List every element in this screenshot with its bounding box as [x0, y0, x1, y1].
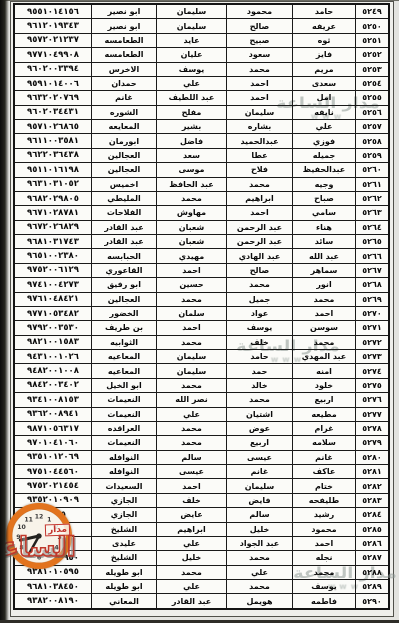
number-cell: ٩٣٦٢٠٠٨٩٤١ [15, 408, 91, 421]
family-cell: القاعوري [91, 264, 156, 277]
family-cell: الجازي [91, 508, 156, 521]
table-row: ٥٢٥٩جميلهعطاسعدالعجالين٩٦٢٢٠٣٦٤٣٨ [15, 148, 388, 162]
first-cell: سعدى [292, 77, 355, 90]
first-cell: مطيعه [292, 408, 355, 421]
first-cell: محمد [292, 566, 355, 579]
number-cell: ٩٧٥١٠٤٤٥٦٠ [15, 465, 91, 478]
family-cell: ابورمان [91, 134, 156, 147]
table-row: ٥٢٦٠عبدالحفيظفلاحموسىالعجالين٩٥١١٠١٦١٩٨ [15, 162, 388, 176]
father-cell: سالم [226, 508, 292, 521]
id-cell: ٥٢٨٩ [355, 580, 388, 593]
father-cell: محمد [226, 580, 292, 593]
number-cell: ٩٧٥٢٠٢١٤٥٤ [15, 479, 91, 492]
table-row: ٥٢٨٨محمدعليمحمدابو طويله٩٣٨١٠١٠٥٩٥ [15, 565, 388, 579]
number-cell: ٩٦٨١٠٣١٧٤٣ [15, 235, 91, 248]
grandfather-cell: عايض [156, 508, 226, 521]
number-cell: ٩٦١١٠٠٣٥٨١ [15, 134, 91, 147]
first-cell: محمد [292, 293, 355, 306]
family-cell: ابو طويله [91, 566, 156, 579]
grandfather-cell: محمد [156, 336, 226, 349]
first-cell: فوزي [292, 134, 355, 147]
father-cell: سليمان [226, 106, 292, 119]
father-cell: عبد الهادي [226, 249, 292, 262]
id-cell: ٥٢٥٣ [355, 63, 388, 76]
first-cell: رشيد [292, 508, 355, 521]
family-cell: المعاعيه [91, 350, 156, 363]
table-row: ٥٢٨٩يوسفمحمدعليابو طويله٩٦٨١٠٣٨٤٥٠ [15, 579, 388, 593]
father-cell: محمد [226, 178, 292, 191]
table-row: ٥٢٧٣عبد المهديحامدسليمانالمعاعيه٩٤٣١٠٠١٠… [15, 349, 388, 363]
grandfather-cell: موسى [156, 163, 226, 176]
table-row: ٥٢٨٤رشيدسالمعايضالجازي٥٠٣٠٥ [15, 507, 388, 521]
family-cell: العجالين [91, 163, 156, 176]
family-cell: الشليخ [91, 523, 156, 536]
number-cell: ٩٦٣١٠٣١٠٥٢ [15, 178, 91, 191]
father-cell: هويمل [226, 594, 292, 607]
father-cell: احمد [226, 206, 292, 219]
table-row: ٥٢٨٥محمودخليلابراهيمالشليخ٤ [15, 522, 388, 536]
father-cell: عوض [226, 422, 292, 435]
father-cell: خلف [226, 336, 292, 349]
number-cell: ٩٨٢١٠٠١٥٨٣ [15, 336, 91, 349]
first-cell: غرام [292, 422, 355, 435]
id-cell: ٥٢٧٢ [355, 336, 388, 349]
family-cell: الجازي [91, 494, 156, 507]
table-row: ٥٢٥٧عليبشارهبشيرالمعايعه٩٥٧١٠٢٦٨٦٥ [15, 119, 388, 133]
grandfather-cell: بشير [156, 120, 226, 133]
id-cell: ٥٢٥٠ [355, 19, 388, 32]
id-cell: ٥٢٩٠ [355, 594, 388, 607]
first-cell: ثوه [292, 34, 355, 47]
grandfather-cell: ابراهيم [156, 523, 226, 536]
grandfather-cell: سلمان [156, 307, 226, 320]
id-cell: ٥٢٦٩ [355, 293, 388, 306]
id-cell: ٥٢٥٢ [355, 48, 388, 61]
id-cell: ٥٢٧٤ [355, 364, 388, 377]
family-cell: المليطي [91, 192, 156, 205]
grandfather-cell: مفلح [156, 106, 226, 119]
grandfather-cell: علي [156, 537, 226, 550]
number-cell: ٩٣٨١٠١٠٥٩٥ [15, 566, 91, 579]
family-cell: النعيمات [91, 393, 156, 406]
family-cell: ابو نصير [91, 19, 156, 32]
first-cell: ختام [292, 479, 355, 492]
table-row: ٥٢٧٦اربيعمحمدنصر اللهالنعيمات٩٣٤١٠٠٨١٥٣ [15, 392, 388, 406]
grandfather-cell: علي [156, 580, 226, 593]
number-cell: ٩٣٤١٠٠٨١٥٣ [15, 393, 91, 406]
first-cell: علي [292, 120, 355, 133]
grandfather-cell: محمد [156, 422, 226, 435]
father-cell: عبد الرحمن [226, 221, 292, 234]
id-cell: ٥٢٨١ [355, 465, 388, 478]
grandfather-cell: احمد [156, 479, 226, 492]
table-row: ٥٢٥٠عريفهصالحسليمانابو نصير٩٦١٢٠١٩٣٤٣ [15, 18, 388, 32]
number-cell: ٩٦٣٢٠٣٠٩٥٠ [15, 551, 91, 564]
first-cell: مريم [292, 63, 355, 76]
number-cell: ٩٥٥١٠١٤١٥٦ [15, 5, 91, 18]
number-cell: ٩٦٨١٠٣٨٤٥٠ [15, 580, 91, 593]
grandfather-cell: سليمان [156, 19, 226, 32]
table-row: ٥٢٥٣مريممحمديوسفالاخرس٩٦٠٢٠٠٣٣٩٤ [15, 62, 388, 76]
grandfather-cell: شعبان [156, 235, 226, 248]
family-cell: النعيمات [91, 436, 156, 449]
first-cell: طليفحه [292, 494, 355, 507]
father-cell: علي [226, 566, 292, 579]
table-row: ٥٢٨٦احمدعبد الجوادعليعليدى٢ ٨ [15, 536, 388, 550]
first-cell: انور [292, 278, 355, 291]
id-cell: ٥٢٦٥ [355, 235, 388, 248]
table-row: ٥٢٦١وجيهمحمدعبد الحافظاخميس٩٦٣١٠٣١٠٥٢ [15, 177, 388, 191]
family-cell: السعيدات [91, 479, 156, 492]
grandfather-cell: عليان [156, 48, 226, 61]
number-cell: ٩٤٣١٠٠١٠٢٦ [15, 350, 91, 363]
father-cell: محمد [226, 63, 292, 76]
table-row: ٥٢٧٥خلودخالدمحمدابو الخيل٩٨٤٢٠٠٣٤٠٢ [15, 378, 388, 392]
father-cell: سليمان [226, 479, 292, 492]
family-cell: غانم [91, 91, 156, 104]
number-cell: ٩٧٩٢٠٠٣٥٣٠ [15, 321, 91, 334]
father-cell: محمد [226, 278, 292, 291]
family-cell: المعاني [91, 594, 156, 607]
first-cell: عبد المهدي [292, 350, 355, 363]
grandfather-cell: مهاوش [156, 206, 226, 219]
family-cell: ابو الخيل [91, 379, 156, 392]
table-row: ٥٢٥٤سعدىاحمدعليحمدان٩٥٩١٠١٤٠٠٦ [15, 76, 388, 90]
father-cell: عبد الرحمن [226, 235, 292, 248]
number-cell: ٢ ٨ [15, 537, 91, 550]
table-row: ٥٢٧٠احمدعوادسلمانالخضور٩٧٧١٠٥٣٤٨٢ [15, 306, 388, 320]
id-cell: ٥٢٨٦ [355, 537, 388, 550]
father-cell: عواد [226, 307, 292, 320]
father-cell: فلاح [226, 163, 292, 176]
family-cell: اخميس [91, 178, 156, 191]
number-cell: ٩٦٠٢٠٠٣٣٩٤ [15, 63, 91, 76]
id-cell: ٥٢٦٦ [355, 249, 388, 262]
id-cell: ٥٢٧١ [355, 321, 388, 334]
first-cell: غانم [292, 451, 355, 464]
id-cell: ٥٢٦٨ [355, 278, 388, 291]
father-cell: يوسف [226, 321, 292, 334]
family-cell: العجالين [91, 149, 156, 162]
first-cell: سوسن [292, 321, 355, 334]
id-cell: ٥٢٥٧ [355, 120, 388, 133]
number-cell: ٩٣٥٢٠١٠٩٠٩ [15, 494, 91, 507]
number-cell: ٩٦٨٢٠٢٩٨٠٥ [15, 192, 91, 205]
first-cell: سامي [292, 206, 355, 219]
id-cell: ٥٢٦٧ [355, 264, 388, 277]
id-cell: ٥٢٦٣ [355, 206, 388, 219]
table-row: ٥٢٧٩سلامهاربيعمحمدالنعيمات٩٧٠١٠٤١٠٦٠ [15, 435, 388, 449]
father-cell: اشتيان [226, 408, 292, 421]
grandfather-cell: خليل [156, 551, 226, 564]
id-cell: ٥٢٤٩ [355, 5, 388, 18]
family-cell: النوافله [91, 451, 156, 464]
number-cell: ٩٥٩١٠١٤٠٠٦ [15, 77, 91, 90]
first-cell: صباح [292, 192, 355, 205]
first-cell: سماهر [292, 264, 355, 277]
grandfather-cell: سليمان [156, 364, 226, 377]
table-row: ٥٢٨٧نجلهمحمدخليلالشليخ٩٦٣٢٠٣٠٩٥٠ [15, 550, 388, 564]
table-row: ٥٢٦٧سماهرصالحاحمدالقاعوري٩٧٥٢٠٠٦١٢٩ [15, 263, 388, 277]
grandfather-cell: محمد [156, 379, 226, 392]
family-cell: الاخرس [91, 63, 156, 76]
id-cell: ٥٢٨٢ [355, 479, 388, 492]
grandfather-cell: علي [156, 408, 226, 421]
id-cell: ٥٢٨٣ [355, 494, 388, 507]
grandfather-cell: محمد [156, 293, 226, 306]
father-cell: محمد [226, 551, 292, 564]
father-cell: سعود [226, 48, 292, 61]
table-row: ٥٢٧٨غرامعوضمحمدالعراقده٩٨٧١٠٥٦٣١٧ [15, 421, 388, 435]
scan-edge-left [0, 0, 9, 623]
family-cell: حمدان [91, 77, 156, 90]
father-cell: احمد [226, 91, 292, 104]
family-cell: المعايعه [91, 120, 156, 133]
number-cell: ٩٧٧١٠٤٩٩٠٨ [15, 48, 91, 61]
family-cell: عليدى [91, 537, 156, 550]
grandfather-cell: سالم [156, 451, 226, 464]
id-cell: ٥٢٧٣ [355, 350, 388, 363]
number-cell: ٩٦٢٢٠٣٦٤٣٨ [15, 149, 91, 162]
grandfather-cell: عبد اللطيف [156, 91, 226, 104]
id-cell: ٥٢٨٤ [355, 508, 388, 521]
id-cell: ٥٢٥١ [355, 34, 388, 47]
father-cell: صبيح [226, 34, 292, 47]
table-row: ٥٢٤٩حامدمحمودسليمانابو نصير٩٥٥١٠١٤١٥٦ [15, 5, 388, 18]
first-cell: نايفه [292, 106, 355, 119]
father-cell: عطا [226, 149, 292, 162]
table-row: ٥٢٦٥سائدعبد الرحمنشعبانعبد القادر٩٦٨١٠٣١… [15, 234, 388, 248]
number-cell: ٩٥١١٠١٦١٩٨ [15, 163, 91, 176]
father-cell: عيسى [226, 451, 292, 464]
grandfather-cell: يوسف [156, 63, 226, 76]
id-cell: ٥٢٧٨ [355, 422, 388, 435]
first-cell: نجله [292, 551, 355, 564]
family-cell: ابو نصير [91, 5, 156, 18]
family-cell: عبد القادر [91, 221, 156, 234]
father-cell: خالد [226, 379, 292, 392]
father-cell: عبد الجواد [226, 537, 292, 550]
family-cell: النعيمات [91, 408, 156, 421]
grandfather-cell: محمد [156, 192, 226, 205]
number-cell: ٩٤٨٢٠٠١٠٠٨ [15, 364, 91, 377]
family-cell: الحبابسه [91, 249, 156, 262]
father-cell: صالح [226, 264, 292, 277]
table-row: ٥٢٧١سوسنيوسفاحمدبن طريف٩٧٩٢٠٠٣٥٣٠ [15, 320, 388, 334]
table-row: ٥٢٦٨انورمحمدحسينابو رفيق٩٧٤١٠٠٤٢٧٣ [15, 277, 388, 291]
number-cell: ٩٥٧١٠٢٦٨٦٥ [15, 120, 91, 133]
family-cell: العراقده [91, 422, 156, 435]
first-cell: حامد [292, 5, 355, 18]
father-cell: اربيع [226, 436, 292, 449]
id-cell: ٥٢٧٠ [355, 307, 388, 320]
number-cell: ٩٦٥١٠٠٢٣٨٠ [15, 249, 91, 262]
father-cell: جميل [226, 293, 292, 306]
father-cell: غانم [226, 465, 292, 478]
table-row: ٥٢٨٣طليفحهفايضخلفالجازي٩٣٥٢٠١٠٩٠٩ [15, 493, 388, 507]
father-cell: فايض [226, 494, 292, 507]
names-table: مدار الساعة www مدار الساعة www مدار الس… [13, 3, 390, 610]
table-row: ٥٢٥٨فوزيعبدالحميدفاضلابورمان٩٦١١٠٠٣٥٨١ [15, 133, 388, 147]
table-row: ٥٢٦٢صباحابراهيممحمدالمليطي٩٦٨٢٠٢٩٨٠٥ [15, 191, 388, 205]
first-cell: عبدالحفيظ [292, 163, 355, 176]
table-row: ٥٢٦٩محمدجميلمحمدالعجالين٩٧٦١٠٤٨٤٢١ [15, 292, 388, 306]
grandfather-cell: سليمان [156, 5, 226, 18]
scan-edge-top [0, 0, 399, 1]
family-cell: النوافله [91, 465, 156, 478]
first-cell: احمد [292, 307, 355, 320]
grandfather-cell: احمد [156, 264, 226, 277]
number-cell: ٩٦٣٢٠٢٠٧٦٩ [15, 91, 91, 104]
family-cell: ابو طويله [91, 580, 156, 593]
family-cell: المعاعيه [91, 364, 156, 377]
family-cell: ابو رفيق [91, 278, 156, 291]
father-cell: حامد [226, 350, 292, 363]
id-cell: ٥٢٦٢ [355, 192, 388, 205]
family-cell: الطعامسه [91, 48, 156, 61]
grandfather-cell: عبد الحافظ [156, 178, 226, 191]
table-row: ٥٢٦٣سامياحمدمهاوشالفلاحات٩٦٧١٠٢٨٧٨١ [15, 205, 388, 219]
table-row: ٥٢٨٠غانمعيسىسالمالنوافله٩٣٥١٠١٢٠٦٩ [15, 450, 388, 464]
number-cell: ٩٧٥٢٠٠٦١٢٩ [15, 264, 91, 277]
number-cell: ٩٦٧٢٠٢٦٨٢٩ [15, 221, 91, 234]
grandfather-cell: شعبان [156, 221, 226, 234]
id-cell: ٥٢٥٤ [355, 77, 388, 90]
id-cell: ٥٢٧٧ [355, 408, 388, 421]
first-cell: امنه [292, 364, 355, 377]
father-cell: محمد [226, 393, 292, 406]
father-cell: خليل [226, 523, 292, 536]
family-cell: الشليخ [91, 551, 156, 564]
number-cell: ٤ [15, 523, 91, 536]
number-cell: ٩٧٤١٠٠٤٢٧٣ [15, 278, 91, 291]
number-cell: ٩٧٦١٠٤٨٤٢١ [15, 293, 91, 306]
table-row: ٥٢٨١عاكفغانمعيسىالنوافله٩٧٥١٠٤٤٥٦٠ [15, 464, 388, 478]
number-cell: ٩٨٤٢٠٠٣٤٠٢ [15, 379, 91, 392]
number-cell: ٩٧٠١٠٤١٠٦٠ [15, 436, 91, 449]
number-cell: ٩٦٠٢٠٣٤٤٣١ [15, 106, 91, 119]
family-cell: الشوره [91, 106, 156, 119]
id-cell: ٥٢٧٥ [355, 379, 388, 392]
father-cell: عبدالحميد [226, 134, 292, 147]
table-row: ٥٢٧٧مطيعهاشتيانعليالنعيمات٩٣٦٢٠٠٨٩٤١ [15, 407, 388, 421]
table-row: ٥٢٥١ثوهصبيحعايدالطعامسه٩٥٧٢٠٢١٢٣٧ [15, 33, 388, 47]
first-cell: سلامه [292, 436, 355, 449]
table-row: ٥٢٥٥املاحمدعبد اللطيفغانم٩٦٣٢٠٢٠٧٦٩ [15, 90, 388, 104]
grandfather-cell: فاضل [156, 134, 226, 147]
first-cell: سائد [292, 235, 355, 248]
number-cell: ٩٦١٢٠١٩٣٤٣ [15, 19, 91, 32]
family-cell: بن طريف [91, 321, 156, 334]
table-row: ٥٢٧٤امنهحمدسليمانالمعاعيه٩٤٨٢٠٠١٠٠٨ [15, 363, 388, 377]
family-cell: الخضور [91, 307, 156, 320]
id-cell: ٥٢٥٩ [355, 149, 388, 162]
family-cell: العجالين [91, 293, 156, 306]
table-row: ٥٢٨٢ختامسليماناحمدالسعيدات٩٧٥٢٠٢١٤٥٤ [15, 478, 388, 492]
family-cell: الثوابيه [91, 336, 156, 349]
first-cell: عبد الله [292, 249, 355, 262]
table-row: ٥٢٥٦نايفهسليمانمفلحالشوره٩٦٠٢٠٣٤٤٣١ [15, 105, 388, 119]
grandfather-cell: احمد [156, 321, 226, 334]
family-cell: الطعامسه [91, 34, 156, 47]
table-row: ٥٢٥٢فايزسعودعليانالطعامسه٩٧٧١٠٤٩٩٠٨ [15, 47, 388, 61]
id-cell: ٥٢٨٧ [355, 551, 388, 564]
grandfather-cell: عيسى [156, 465, 226, 478]
first-cell: محمد [292, 336, 355, 349]
number-cell: ٥٠٣٠٥ [15, 508, 91, 521]
grandfather-cell: علي [156, 77, 226, 90]
grandfather-cell: نصر الله [156, 393, 226, 406]
table-row: ٥٢٦٦عبد اللهعبد الهاديمهيديالحبابسه٩٦٥١٠… [15, 248, 388, 262]
father-cell: محمود [226, 5, 292, 18]
first-cell: محمود [292, 523, 355, 536]
grandfather-cell: خلف [156, 494, 226, 507]
grandfather-cell: محمد [156, 436, 226, 449]
number-cell: ٩٧٧١٠٥٣٤٨٢ [15, 307, 91, 320]
first-cell: هناء [292, 221, 355, 234]
first-cell: وجيه [292, 178, 355, 191]
grandfather-cell: عايد [156, 34, 226, 47]
id-cell: ٥٢٨٥ [355, 523, 388, 536]
first-cell: عاكف [292, 465, 355, 478]
table-row: ٥٢٧٢محمدخلفمحمدالثوابيه٩٨٢١٠٠١٥٨٣ [15, 335, 388, 349]
grandfather-cell: محمد [156, 566, 226, 579]
grandfather-cell: سعد [156, 149, 226, 162]
id-cell: ٥٢٦٤ [355, 221, 388, 234]
number-cell: ٩٣٨٢٠٠٨١٩٠ [15, 594, 91, 607]
father-cell: صالح [226, 19, 292, 32]
grandfather-cell: مهيدي [156, 249, 226, 262]
first-cell: فاطمه [292, 594, 355, 607]
scanned-page: مدار الساعة www مدار الساعة www مدار الس… [0, 0, 399, 623]
id-cell: ٥٢٥٥ [355, 91, 388, 104]
id-cell: ٥٢٦٠ [355, 163, 388, 176]
first-cell: جميله [292, 149, 355, 162]
family-cell: عبد القادر [91, 235, 156, 248]
first-cell: اربيع [292, 393, 355, 406]
id-cell: ٥٢٨٠ [355, 451, 388, 464]
id-cell: ٥٢٦١ [355, 178, 388, 191]
id-cell: ٥٢٨٨ [355, 566, 388, 579]
grandfather-cell: سليمان [156, 350, 226, 363]
father-cell: احمد [226, 77, 292, 90]
father-cell: حمد [226, 364, 292, 377]
table-row: ٥٢٩٠فاطمههويملعبد القادرالمعاني٩٣٨٢٠٠٨١٩… [15, 593, 388, 607]
first-cell: خلود [292, 379, 355, 392]
id-cell: ٥٢٧٦ [355, 393, 388, 406]
number-cell: ٩٥٧٢٠٢١٢٣٧ [15, 34, 91, 47]
id-cell: ٥٢٥٨ [355, 134, 388, 147]
number-cell: ٩٣٥١٠١٢٠٦٩ [15, 451, 91, 464]
family-cell: الفلاحات [91, 206, 156, 219]
grandfather-cell: عبد القادر [156, 594, 226, 607]
id-cell: ٥٢٧٩ [355, 436, 388, 449]
id-cell: ٥٢٥٦ [355, 106, 388, 119]
first-cell: امل [292, 91, 355, 104]
table-row: ٥٢٦٤هناءعبد الرحمنشعبانعبد القادر٩٦٧٢٠٢٦… [15, 220, 388, 234]
father-cell: ابراهيم [226, 192, 292, 205]
grandfather-cell: حسين [156, 278, 226, 291]
first-cell: فايز [292, 48, 355, 61]
number-cell: ٩٦٧١٠٢٨٧٨١ [15, 206, 91, 219]
number-cell: ٩٨٧١٠٥٦٣١٧ [15, 422, 91, 435]
first-cell: احمد [292, 537, 355, 550]
father-cell: بشاره [226, 120, 292, 133]
first-cell: يوسف [292, 580, 355, 593]
first-cell: عريفه [292, 19, 355, 32]
table-body: ٥٢٤٩حامدمحمودسليمانابو نصير٩٥٥١٠١٤١٥٦٥٢٥… [15, 5, 388, 608]
